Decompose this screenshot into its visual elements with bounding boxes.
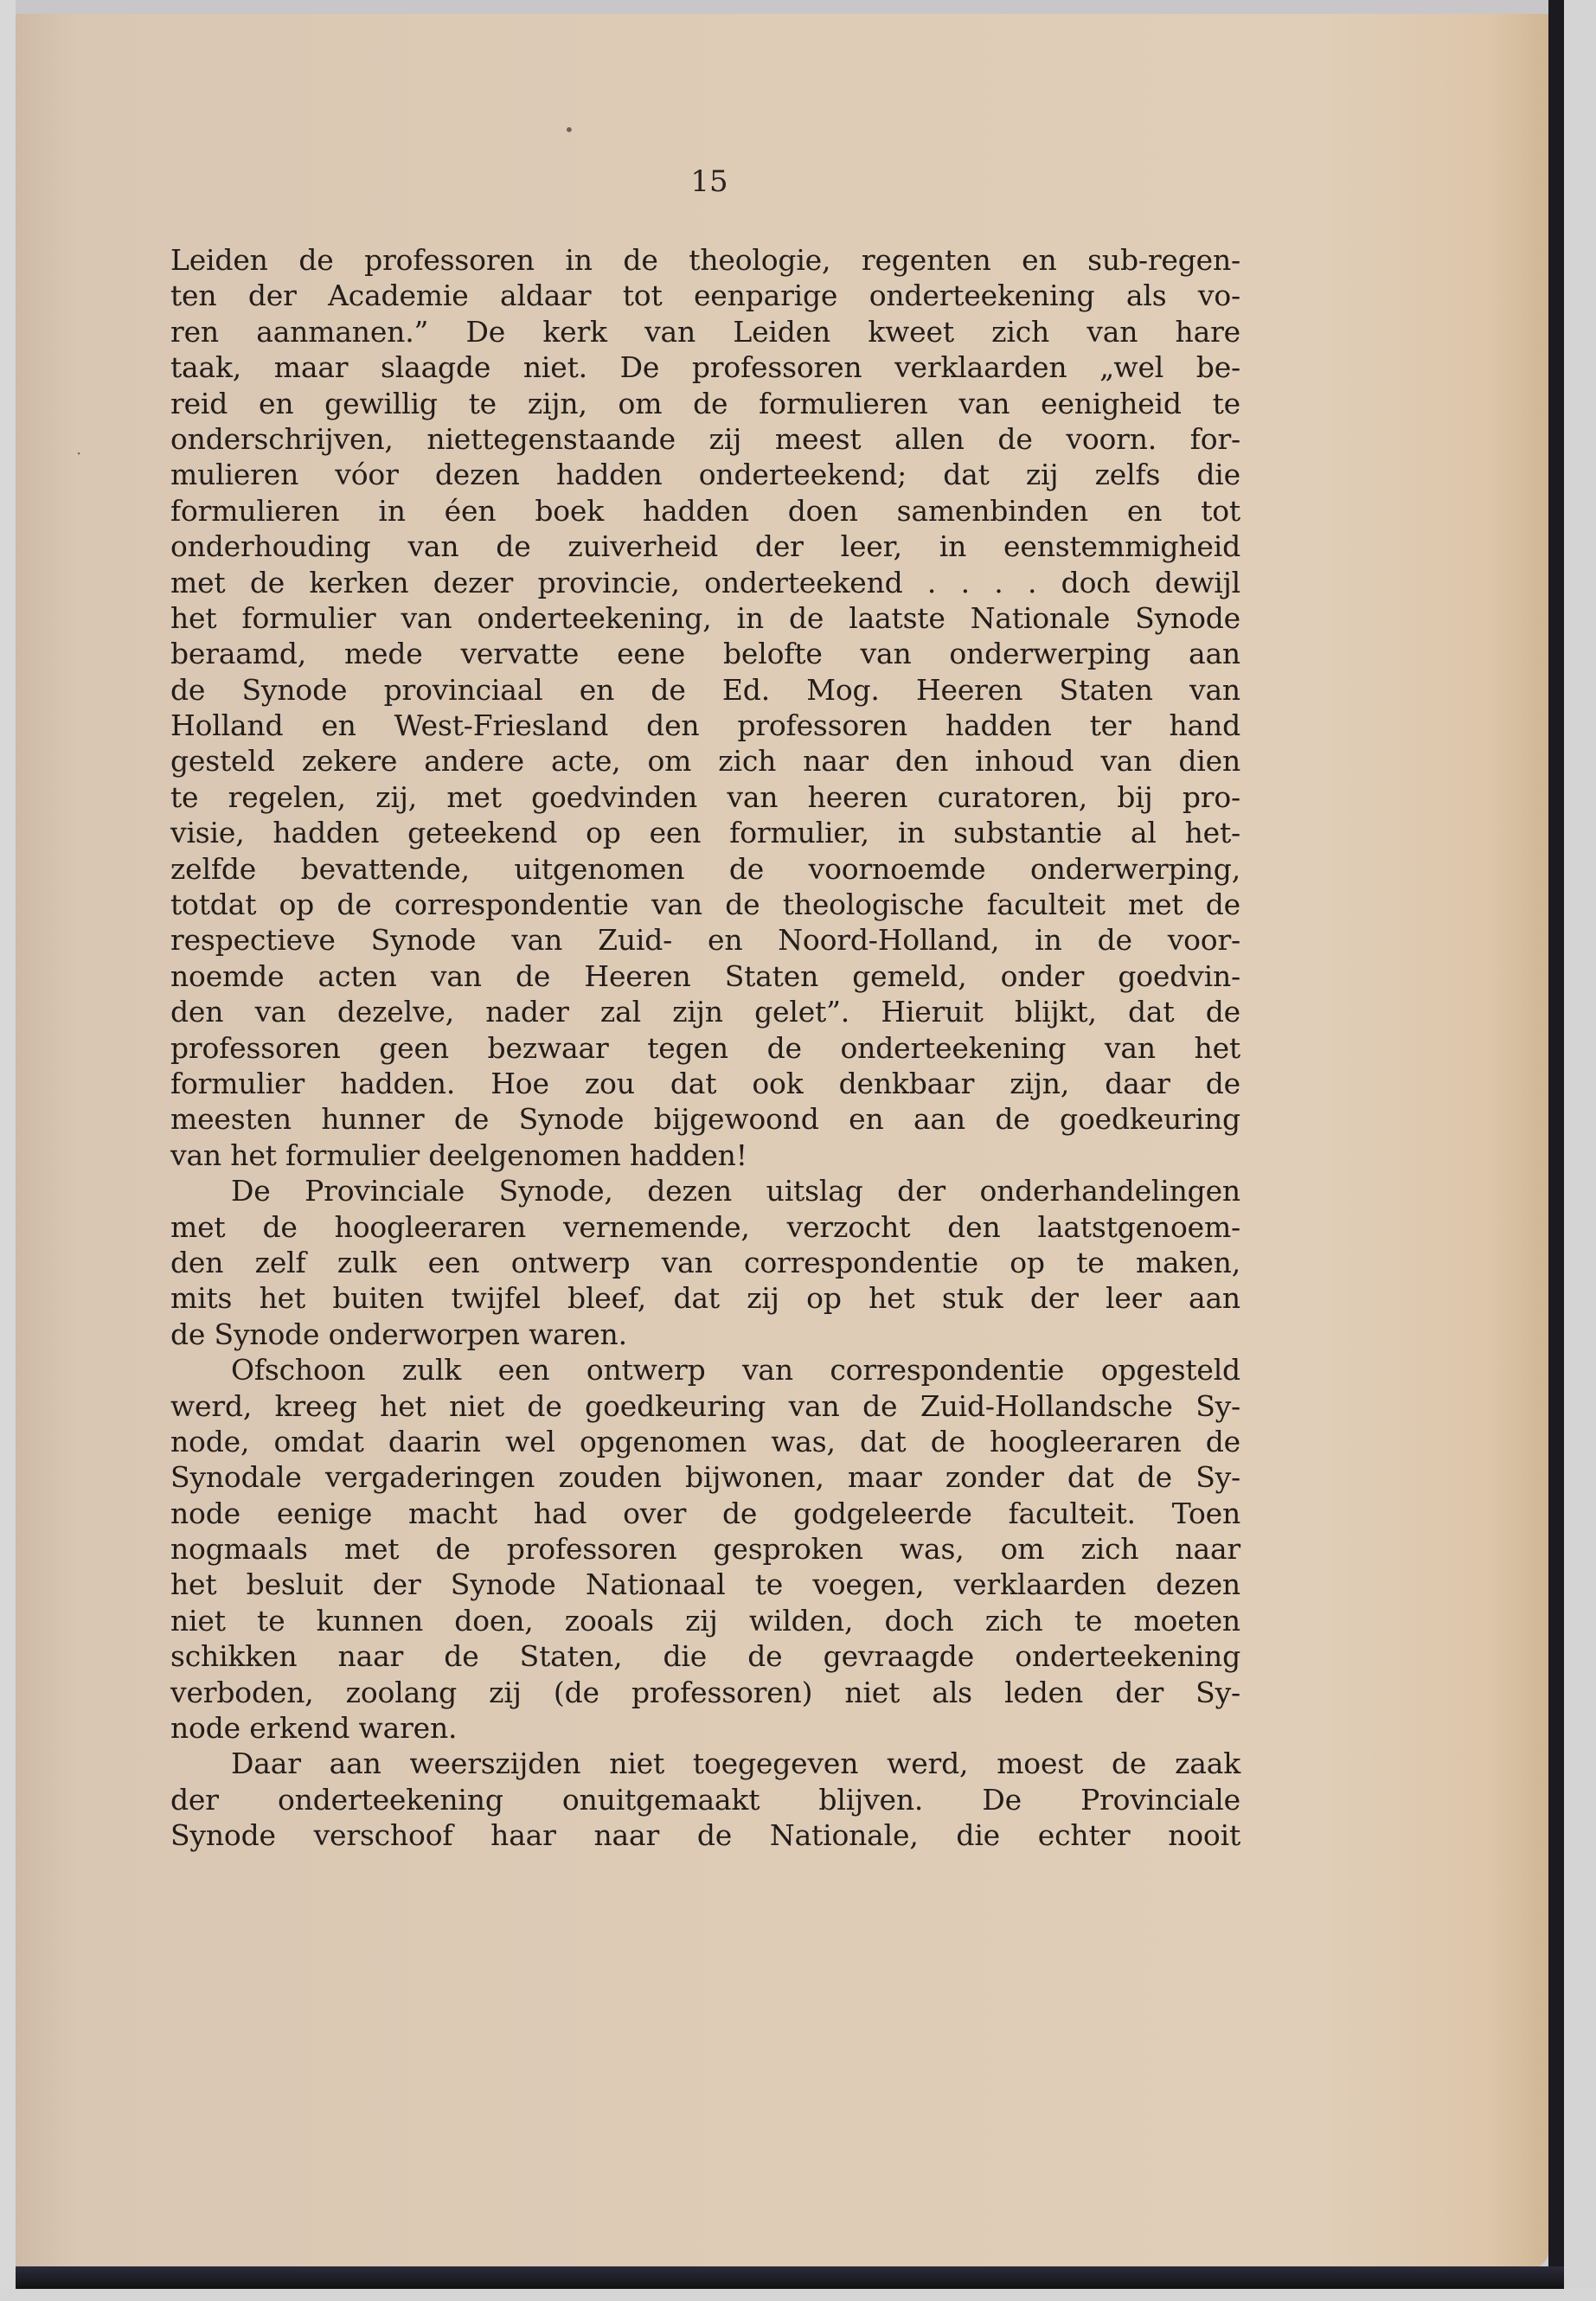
scan-margin-top xyxy=(16,0,1564,14)
text-line: onderschrijven, niettegenstaande zij mee… xyxy=(170,421,1240,457)
text-line: totdat op de correspondentie van de theo… xyxy=(170,887,1240,922)
text-line: mits het buiten twijfel bleef, dat zij o… xyxy=(170,1280,1240,1316)
text-line: gesteld zekere andere acte, om zich naar… xyxy=(170,743,1240,779)
text-line: nogmaals met de professoren gesproken wa… xyxy=(170,1531,1240,1567)
text-line: Holland en West-Friesland den professore… xyxy=(170,708,1240,743)
text-line: der onderteekening onuitgemaakt blijven.… xyxy=(170,1782,1240,1817)
text-line-paragraph-start: Ofschoon zulk een ontwerp van correspond… xyxy=(170,1352,1240,1388)
text-line: de Synode onderworpen waren. xyxy=(170,1317,1240,1352)
text-line: mulieren vóor dezen hadden onderteekend;… xyxy=(170,457,1240,492)
text-line: niet te kunnen doen, zooals zij wilden, … xyxy=(170,1603,1240,1638)
text-line: van het formulier deelgenomen hadden! xyxy=(170,1138,1240,1173)
text-line: noemde acten van de Heeren Staten gemeld… xyxy=(170,958,1240,994)
text-line: ten der Academie aldaar tot eenparige on… xyxy=(170,278,1240,313)
text-line: onderhouding van de zuiverheid der leer,… xyxy=(170,529,1240,564)
text-line: den zelf zulk een ontwerp van correspond… xyxy=(170,1245,1240,1280)
text-line-paragraph-start: Daar aan weerszijden niet toegegeven wer… xyxy=(170,1746,1240,1781)
body-text: Leiden de professoren in de theologie, r… xyxy=(170,242,1240,1854)
scan-margin-bottom xyxy=(0,2289,1596,2301)
text-line: beraamd, mede vervatte eene belofte van … xyxy=(170,636,1240,671)
scan-margin-left xyxy=(0,0,16,2301)
text-line: Leiden de professoren in de theologie, r… xyxy=(170,242,1240,278)
text-line: formulieren in éen boek hadden doen same… xyxy=(170,493,1240,529)
text-line: het besluit der Synode Nationaal te voeg… xyxy=(170,1567,1240,1602)
text-line: node erkend waren. xyxy=(170,1710,1240,1746)
text-line-paragraph-start: De Provinciale Synode, dezen uitslag der… xyxy=(170,1173,1240,1208)
book-cover-edge xyxy=(16,2266,1564,2289)
speck-mark: • xyxy=(564,119,574,140)
text-line: Synodale vergaderingen zouden bijwonen, … xyxy=(170,1459,1240,1495)
text-line: meesten hunner de Synode bijgewoond en a… xyxy=(170,1101,1240,1137)
text-line: ren aanmanen.” De kerk van Leiden kweet … xyxy=(170,314,1240,349)
scan-margin-right xyxy=(1564,0,1596,2301)
text-line: den van dezelve, nader zal zijn gelet”. … xyxy=(170,994,1240,1029)
speck-mark: · xyxy=(76,443,81,464)
text-line: visie, hadden geteekend op een formulier… xyxy=(170,815,1240,850)
text-line: de Synode provinciaal en de Ed. Mog. Hee… xyxy=(170,672,1240,708)
text-line: respectieve Synode van Zuid- en Noord-Ho… xyxy=(170,922,1240,958)
text-line: taak, maar slaagde niet. De professoren … xyxy=(170,349,1240,385)
text-line: met de hoogleeraren vernemende, verzocht… xyxy=(170,1209,1240,1245)
text-line: node, omdat daarin wel opgenomen was, da… xyxy=(170,1424,1240,1459)
text-line: professoren geen bezwaar tegen de ondert… xyxy=(170,1030,1240,1066)
text-line: te regelen, zij, met goedvinden van heer… xyxy=(170,779,1240,815)
text-line: node eenige macht had over de godgeleerd… xyxy=(170,1496,1240,1531)
text-line: het formulier van onderteekening, in de … xyxy=(170,600,1240,636)
text-line: werd, kreeg het niet de goedkeuring van … xyxy=(170,1388,1240,1424)
text-line: schikken naar de Staten, die de gevraagd… xyxy=(170,1638,1240,1674)
text-line: zelfde bevattende, uitgenomen de voornoe… xyxy=(170,851,1240,887)
page-number: 15 xyxy=(683,164,735,199)
text-line: reid en gewillig te zijn, om de formulie… xyxy=(170,386,1240,421)
text-line: Synode verschoof haar naar de Nationale,… xyxy=(170,1817,1240,1853)
text-line: formulier hadden. Hoe zou dat ook denkba… xyxy=(170,1066,1240,1101)
text-line: verboden, zoolang zij (de professoren) n… xyxy=(170,1675,1240,1710)
book-edge xyxy=(1548,0,1564,2271)
text-line: met de kerken dezer provincie, onderteek… xyxy=(170,565,1240,600)
